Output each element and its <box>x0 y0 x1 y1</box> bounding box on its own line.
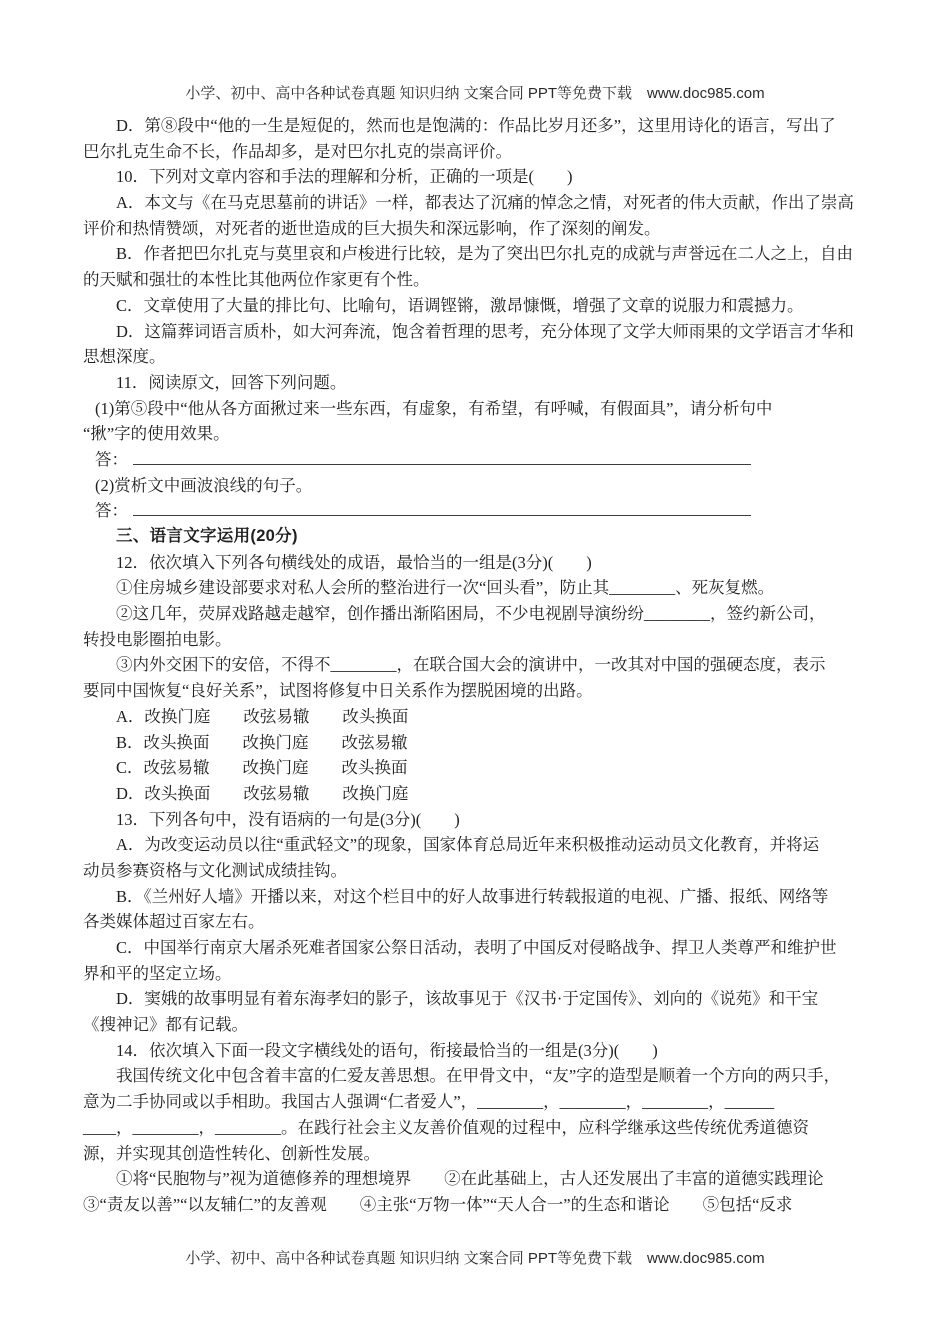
q12-item-2-line2: 转投电影圈拍电影。 <box>83 627 869 653</box>
answer-label: 答： <box>95 501 128 520</box>
q12-item-2-line1: ②这几年，荧屏戏路越走越窄，创作播出渐陷困局，不少电视剧导演纷纷________… <box>83 601 869 627</box>
q12-item-3-line2: 要同中国恢复“良好关系”，试图将修复中日关系作为摆脱困境的出路。 <box>83 678 869 704</box>
q14-passage-line1: 我国传统文化中包含着丰富的仁爱友善思想。在甲骨文中，“友”字的造型是顺着一个方向… <box>83 1063 869 1089</box>
q14-passage-line2: 意为二手协同或以手相助。我国古人强调“仁者爱人”，________，______… <box>83 1089 869 1115</box>
q12-stem: 12．依次填入下列各句横线处的成语，最恰当的一组是(3分)( ) <box>83 550 869 576</box>
q10-option-c: C．文章使用了大量的排比句、比喻句，语调铿锵，激昂慷慨，增强了文章的说服力和震撼… <box>83 293 869 319</box>
section-3-heading: 三、语言文字运用(20分) <box>83 524 869 550</box>
q10-stem: 10．下列对文章内容和手法的理解和分析，正确的一项是( ) <box>83 164 869 190</box>
q10-option-a-line1: A．本文与《在马克思墓前的讲话》一样，都表达了沉痛的悼念之情，对死者的伟大贡献，… <box>83 190 869 216</box>
q10-option-a-line2: 评价和热情赞颂，对死者的逝世造成的巨大损失和深远影响，作了深刻的阐发。 <box>83 216 869 242</box>
q12-option-a: A．改换门庭 改弦易辙 改头换面 <box>83 704 869 730</box>
q11-sub1-line2: “揪”字的使用效果。 <box>83 421 869 447</box>
q13-option-d-line2: 《搜神记》都有记载。 <box>83 1012 869 1038</box>
q10-option-b-line2: 的天赋和强壮的本性比其他两位作家更有个性。 <box>83 267 869 293</box>
exam-page: 小学、初中、高中各种试卷真题 知识归纳 文案合同 PPT等免费下载 www.do… <box>0 0 950 1344</box>
answer-label: 答： <box>95 450 128 469</box>
q13-option-c-line2: 界和平的坚定立场。 <box>83 961 869 987</box>
q14-passage-line4: 源，并实现其创造性转化、创新性发展。 <box>83 1141 869 1167</box>
prev-question-option-d-line1: D．第⑧段中“他的一生是短促的，然而也是饱满的：作品比岁月还多”，这里用诗化的语… <box>83 113 869 139</box>
header-watermark: 小学、初中、高中各种试卷真题 知识归纳 文案合同 PPT等免费下载 www.do… <box>0 84 950 104</box>
q12-option-c: C．改弦易辙 改换门庭 改头换面 <box>83 755 869 781</box>
q13-option-a-line2: 动员参赛资格与文化测试成绩挂钩。 <box>83 858 869 884</box>
q10-option-d-line1: D．这篇葬词语言质朴，如大河奔流，饱含着哲理的思考，充分体现了文学大师雨果的文学… <box>83 319 869 345</box>
prev-question-option-d-line2: 巴尔扎克生命不长，作品却多，是对巴尔扎克的崇高评价。 <box>83 139 869 165</box>
q11-answer-line-2: 答： <box>83 498 869 524</box>
q11-sub2: (2)赏析文中画波浪线的句子。 <box>83 473 869 499</box>
answer-blank-line <box>133 498 751 516</box>
q13-option-d-line1: D．窦娥的故事明显有着东海孝妇的影子，该故事见于《汉书·于定国传》、刘向的《说苑… <box>83 986 869 1012</box>
q13-option-b-line2: 各类媒体超过百家左右。 <box>83 909 869 935</box>
document-body: D．第⑧段中“他的一生是短促的，然而也是饱满的：作品比岁月还多”，这里用诗化的语… <box>83 113 869 1218</box>
q14-stem: 14．依次填入下面一段文字横线处的语句，衔接最恰当的一组是(3分)( ) <box>83 1038 869 1064</box>
answer-blank-line <box>133 447 751 465</box>
q14-passage-line3: ____，________，________。在践行社会主义友善价值观的过程中，… <box>83 1115 869 1141</box>
q14-choices-line2: ③“责友以善”“以友辅仁”的友善观 ④主张“万物一体”“天人合一”的生态和谐论 … <box>83 1192 869 1218</box>
q12-item-3-line1: ③内外交困下的安倍，不得不________，在联合国大会的演讲中，一改其对中国的… <box>83 652 869 678</box>
q13-stem: 13．下列各句中，没有语病的一句是(3分)( ) <box>83 807 869 833</box>
q12-option-b: B．改头换面 改换门庭 改弦易辙 <box>83 730 869 756</box>
footer-watermark: 小学、初中、高中各种试卷真题 知识归纳 文案合同 PPT等免费下载 www.do… <box>0 1249 950 1269</box>
q10-option-d-line2: 思想深度。 <box>83 344 869 370</box>
q13-option-b-line1: B．《兰州好人墙》开播以来，对这个栏目中的好人故事进行转载报道的电视、广播、报纸… <box>83 884 869 910</box>
q12-option-d: D．改头换面 改弦易辙 改换门庭 <box>83 781 869 807</box>
q10-option-b-line1: B．作者把巴尔扎克与莫里哀和卢梭进行比较，是为了突出巴尔扎克的成就与声誉远在二人… <box>83 241 869 267</box>
q11-sub1-line1: (1)第⑤段中“他从各方面揪过来一些东西，有虚象，有希望，有呼喊，有假面具”，请… <box>83 396 869 422</box>
q14-choices-line1: ①将“民胞物与”视为道德修养的理想境界 ②在此基础上，古人还发展出了丰富的道德实… <box>83 1166 869 1192</box>
q13-option-c-line1: C．中国举行南京大屠杀死难者国家公祭日活动，表明了中国反对侵略战争、捍卫人类尊严… <box>83 935 869 961</box>
q11-answer-line-1: 答： <box>83 447 869 473</box>
q13-option-a-line1: A．为改变运动员以往“重武轻文”的现象，国家体育总局近年来积极推动运动员文化教育… <box>83 832 869 858</box>
q12-item-1: ①住房城乡建设部要求对私人会所的整治进行一次“回头看”，防止其________、… <box>83 575 869 601</box>
q11-stem: 11．阅读原文，回答下列问题。 <box>83 370 869 396</box>
